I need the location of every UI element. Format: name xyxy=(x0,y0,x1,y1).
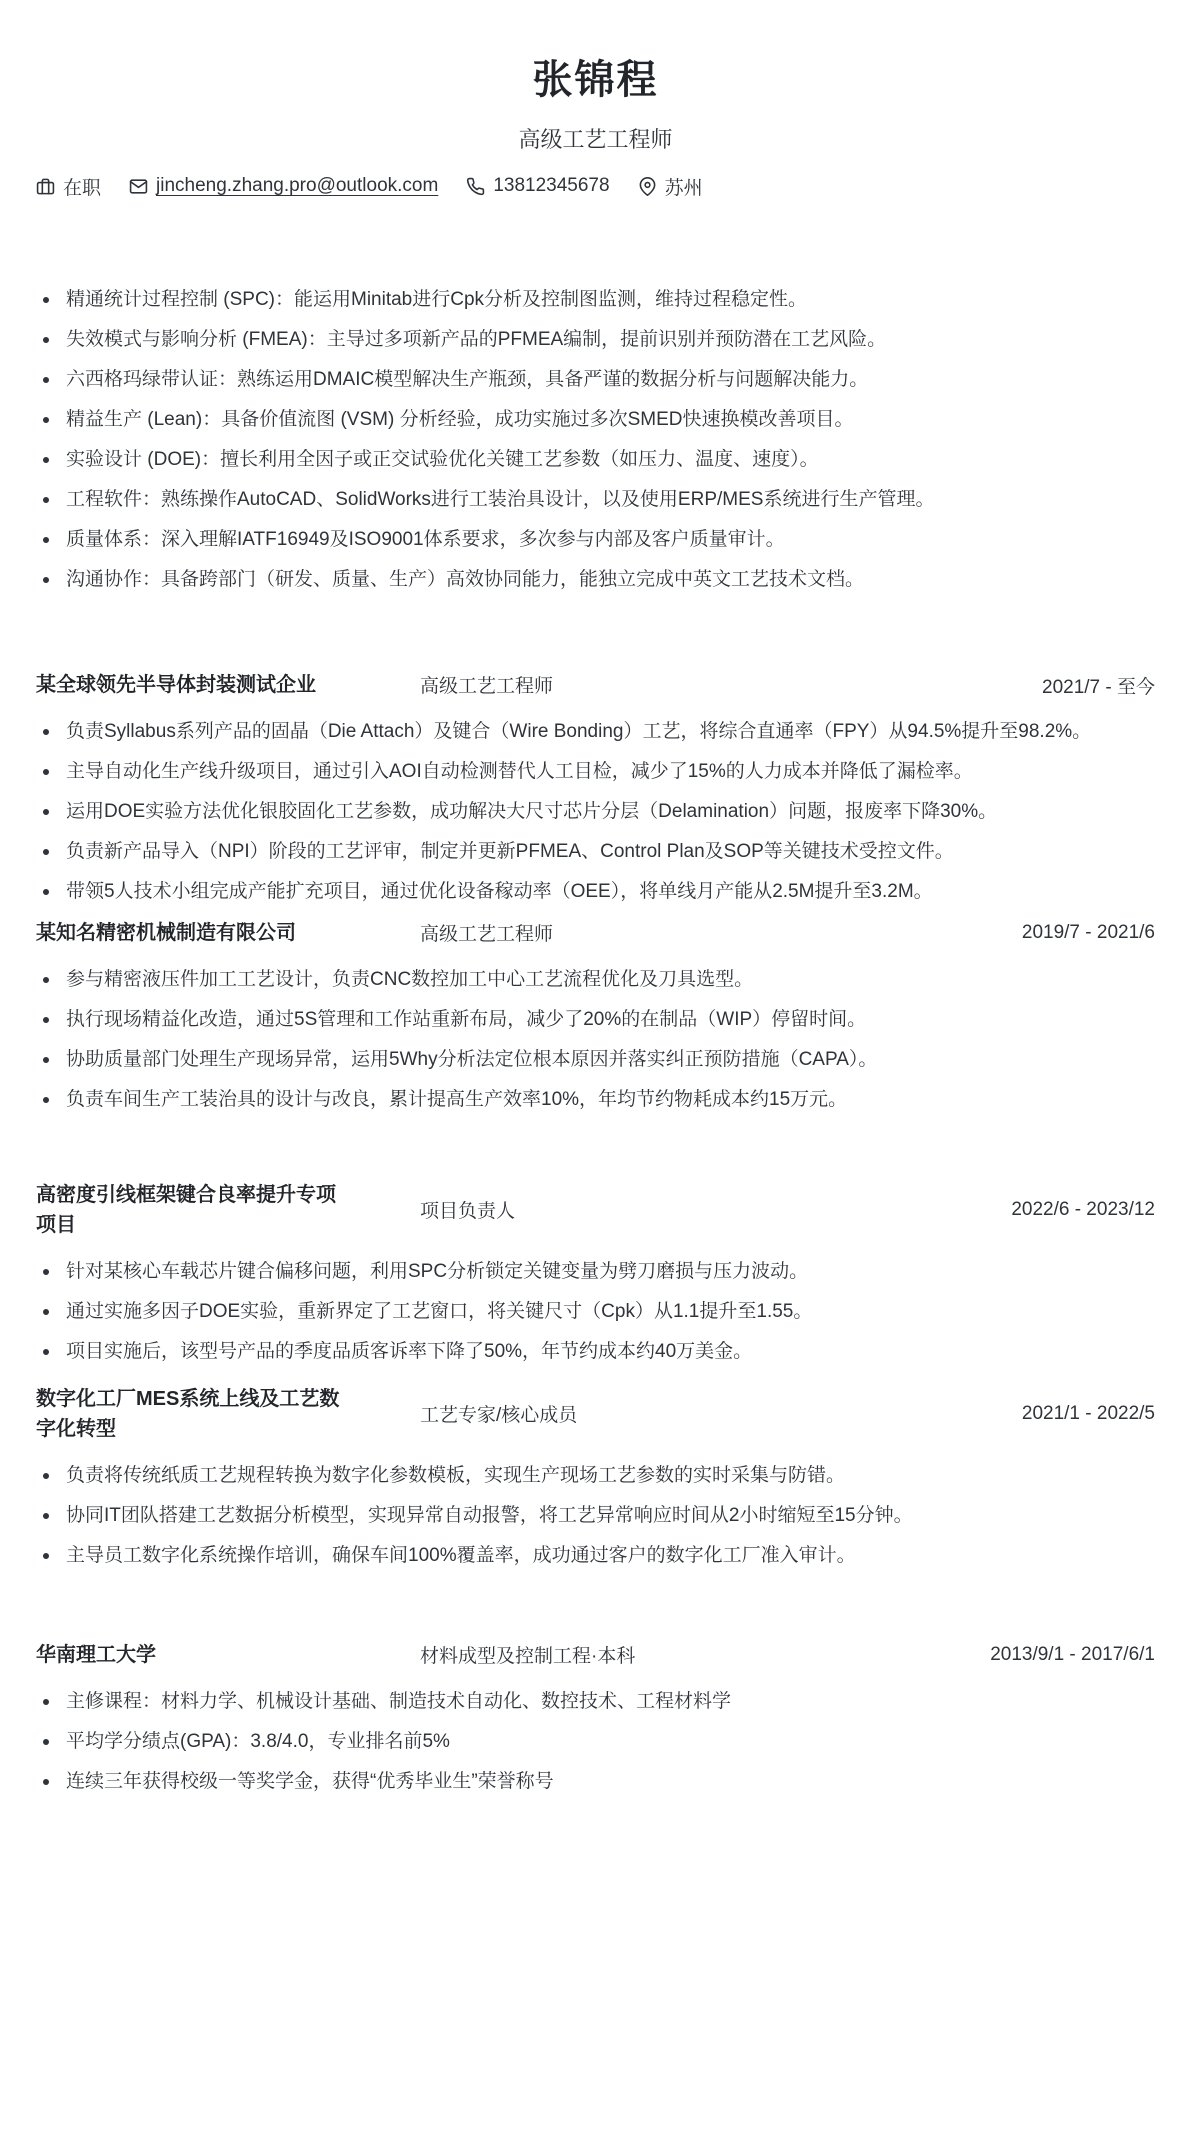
experience-bullet: 负责Syllabus系列产品的固晶（Die Attach）及键合（Wire Bo… xyxy=(36,714,1155,750)
company-name: 某全球领先半导体封装测试企业 xyxy=(36,670,420,700)
project-bullet: 针对某核心车载芯片键合偏移问题，利用SPC分析锁定关键变量为劈刀磨损与压力波动。 xyxy=(36,1254,1155,1290)
date-range: 2013/9/1 - 2017/6/1 xyxy=(990,1644,1155,1666)
skill-item: 工程软件：熟练操作AutoCAD、SolidWorks进行工装治具设计，以及使用… xyxy=(36,482,1155,518)
education-bullet: 连续三年获得校级一等奖学金，获得“优秀毕业生”荣誉称号 xyxy=(36,1764,1155,1800)
project-bullet: 主导员工数字化系统操作培训，确保车间100%覆盖率，成功通过客户的数字化工厂准入… xyxy=(36,1538,1155,1574)
experience-bullets: 参与精密液压件加工工艺设计，负责CNC数控加工中心工艺流程优化及刀具选型。 执行… xyxy=(36,962,1155,1118)
phone-number: 13812345678 xyxy=(466,175,609,197)
project-bullets: 负责将传统纸质工艺规程转换为数字化参数模板，实现生产现场工艺参数的实时采集与防错… xyxy=(36,1458,1155,1574)
bullet-text: 负责车间生产工装治具的设计与改良，累计提高生产效率10%，年均节约物耗成本约15… xyxy=(66,1089,847,1110)
project-role: 工艺专家/核心成员 xyxy=(420,1400,1022,1428)
project-name: 高密度引线框架键合良率提升专项项目 xyxy=(36,1180,420,1240)
skills-list: 精通统计过程控制 (SPC)：能运用Minitab进行Cpk分析及控制图监测，维… xyxy=(36,282,1155,598)
candidate-title: 高级工艺工程师 xyxy=(36,124,1155,156)
education-header-row: 华南理工大学 材料成型及控制工程·本科 2013/9/1 - 2017/6/1 xyxy=(36,1640,1155,1670)
education-bullets: 主修课程：材料力学、机械设计基础、制造技术自动化、数控技术、工程材料学 平均学分… xyxy=(36,1684,1155,1800)
mail-icon xyxy=(129,177,148,196)
project-bullet: 负责将传统纸质工艺规程转换为数字化参数模板，实现生产现场工艺参数的实时采集与防错… xyxy=(36,1458,1155,1494)
experience-bullets: 负责Syllabus系列产品的固晶（Die Attach）及键合（Wire Bo… xyxy=(36,714,1155,910)
date-range: 2021/1 - 2022/5 xyxy=(1022,1403,1155,1425)
bullet-text: 项目实施后，该型号产品的季度品质客诉率下降了50%，年节约成本约40万美金。 xyxy=(66,1341,752,1362)
experience-entry: 某知名精密机械制造有限公司 高级工艺工程师 2019/7 - 2021/6 参与… xyxy=(36,918,1155,1118)
skill-text: 六西格玛绿带认证：熟练运用DMAIC模型解决生产瓶颈，具备严谨的数据分析与问题解… xyxy=(66,369,868,390)
project-bullet: 协同IT团队搭建工艺数据分析模型，实现异常自动报警，将工艺异常响应时间从2小时缩… xyxy=(36,1498,1155,1534)
candidate-name: 张锦程 xyxy=(36,52,1155,108)
phone-text: 13812345678 xyxy=(493,175,609,197)
job-role: 高级工艺工程师 xyxy=(420,919,1022,947)
experience-bullet: 主导自动化生产线升级项目，通过引入AOI自动检测替代人工目检，减少了15%的人力… xyxy=(36,754,1155,790)
education-entry: 华南理工大学 材料成型及控制工程·本科 2013/9/1 - 2017/6/1 … xyxy=(36,1640,1155,1800)
bullet-text: 运用DOE实验方法优化银胶固化工艺参数，成功解决大尺寸芯片分层（Delamina… xyxy=(66,801,997,822)
bullet-text: 主导员工数字化系统操作培训，确保车间100%覆盖率，成功通过客户的数字化工厂准入… xyxy=(66,1545,856,1566)
skills-section: 精通统计过程控制 (SPC)：能运用Minitab进行Cpk分析及控制图监测，维… xyxy=(36,282,1155,598)
skill-item: 精通统计过程控制 (SPC)：能运用Minitab进行Cpk分析及控制图监测，维… xyxy=(36,282,1155,318)
experience-bullet: 执行现场精益化改造，通过5S管理和工作站重新布局，减少了20%的在制品（WIP）… xyxy=(36,1002,1155,1038)
employment-status-label: 在职 xyxy=(63,173,101,200)
education-section: 华南理工大学 材料成型及控制工程·本科 2013/9/1 - 2017/6/1 … xyxy=(36,1640,1155,1800)
education-bullet: 平均学分绩点(GPA)：3.8/4.0，专业排名前5% xyxy=(36,1724,1155,1760)
experience-bullet: 参与精密液压件加工工艺设计，负责CNC数控加工中心工艺流程优化及刀具选型。 xyxy=(36,962,1155,998)
bullet-text: 负责Syllabus系列产品的固晶（Die Attach）及键合（Wire Bo… xyxy=(66,721,1091,742)
briefcase-icon xyxy=(36,177,55,196)
bullet-text: 通过实施多因子DOE实验，重新界定了工艺窗口，将关键尺寸（Cpk）从1.1提升至… xyxy=(66,1301,812,1322)
bullet-text: 执行现场精益化改造，通过5S管理和工作站重新布局，减少了20%的在制品（WIP）… xyxy=(66,1009,866,1030)
date-range: 2021/7 - 至今 xyxy=(1042,672,1155,699)
location: 苏州 xyxy=(638,173,703,200)
bullet-text: 负责新产品导入（NPI）阶段的工艺评审，制定并更新PFMEA、Control P… xyxy=(66,841,954,862)
skill-text: 工程软件：熟练操作AutoCAD、SolidWorks进行工装治具设计，以及使用… xyxy=(66,489,934,510)
experience-entry: 某全球领先半导体封装测试企业 高级工艺工程师 2021/7 - 至今 负责Syl… xyxy=(36,670,1155,910)
skill-text: 失效模式与影响分析 (FMEA)：主导过多项新产品的PFMEA编制，提前识别并预… xyxy=(66,329,886,350)
experience-header-row: 某全球领先半导体封装测试企业 高级工艺工程师 2021/7 - 至今 xyxy=(36,670,1155,700)
project-role: 项目负责人 xyxy=(420,1196,1011,1224)
project-bullets: 针对某核心车载芯片键合偏移问题，利用SPC分析锁定关键变量为劈刀磨损与压力波动。… xyxy=(36,1254,1155,1370)
date-range: 2022/6 - 2023/12 xyxy=(1011,1199,1155,1221)
bullet-text: 负责将传统纸质工艺规程转换为数字化参数模板，实现生产现场工艺参数的实时采集与防错… xyxy=(66,1465,845,1486)
project-entry: 高密度引线框架键合良率提升专项项目 项目负责人 2022/6 - 2023/12… xyxy=(36,1180,1155,1370)
bullet-text: 针对某核心车载芯片键合偏移问题，利用SPC分析锁定关键变量为劈刀磨损与压力波动。 xyxy=(66,1261,808,1282)
project-name: 数字化工厂MES系统上线及工艺数字化转型 xyxy=(36,1384,420,1444)
school-name: 华南理工大学 xyxy=(36,1640,420,1670)
experience-section: 某全球领先半导体封装测试企业 高级工艺工程师 2021/7 - 至今 负责Syl… xyxy=(36,670,1155,1118)
skill-text: 质量体系：深入理解IATF16949及ISO9001体系要求，多次参与内部及客户… xyxy=(66,529,785,550)
skill-text: 精益生产 (Lean)：具备价值流图 (VSM) 分析经验，成功实施过多次SME… xyxy=(66,409,853,430)
project-entry: 数字化工厂MES系统上线及工艺数字化转型 工艺专家/核心成员 2021/1 - … xyxy=(36,1384,1155,1574)
experience-bullet: 负责车间生产工装治具的设计与改良，累计提高生产效率10%，年均节约物耗成本约15… xyxy=(36,1082,1155,1118)
skill-item: 实验设计 (DOE)：擅长利用全因子或正交试验优化关键工艺参数（如压力、温度、速… xyxy=(36,442,1155,478)
skill-item: 六西格玛绿带认证：熟练运用DMAIC模型解决生产瓶颈，具备严谨的数据分析与问题解… xyxy=(36,362,1155,398)
experience-bullet: 运用DOE实验方法优化银胶固化工艺参数，成功解决大尺寸芯片分层（Delamina… xyxy=(36,794,1155,830)
major-degree: 材料成型及控制工程·本科 xyxy=(420,1641,990,1669)
project-header-row: 高密度引线框架键合良率提升专项项目 项目负责人 2022/6 - 2023/12 xyxy=(36,1180,1155,1240)
skill-item: 沟通协作：具备跨部门（研发、质量、生产）高效协同能力，能独立完成中英文工艺技术文… xyxy=(36,562,1155,598)
email-link[interactable]: jincheng.zhang.pro@outlook.com xyxy=(129,175,438,197)
bullet-text: 协同IT团队搭建工艺数据分析模型，实现异常自动报警，将工艺异常响应时间从2小时缩… xyxy=(66,1505,913,1526)
bullet-text: 连续三年获得校级一等奖学金，获得“优秀毕业生”荣誉称号 xyxy=(66,1771,554,1792)
company-name: 某知名精密机械制造有限公司 xyxy=(36,918,420,948)
project-header-row: 数字化工厂MES系统上线及工艺数字化转型 工艺专家/核心成员 2021/1 - … xyxy=(36,1384,1155,1444)
skill-text: 沟通协作：具备跨部门（研发、质量、生产）高效协同能力，能独立完成中英文工艺技术文… xyxy=(66,569,864,590)
skill-text: 实验设计 (DOE)：擅长利用全因子或正交试验优化关键工艺参数（如压力、温度、速… xyxy=(66,449,819,470)
projects-section: 高密度引线框架键合良率提升专项项目 项目负责人 2022/6 - 2023/12… xyxy=(36,1180,1155,1574)
location-text: 苏州 xyxy=(665,173,703,200)
resume-page: 张锦程 高级工艺工程师 在职 jincheng.zhang.pro@outloo… xyxy=(0,52,1191,1836)
bullet-text: 主修课程：材料力学、机械设计基础、制造技术自动化、数控技术、工程材料学 xyxy=(66,1691,731,1712)
bullet-text: 参与精密液压件加工工艺设计，负责CNC数控加工中心工艺流程优化及刀具选型。 xyxy=(66,969,753,990)
experience-bullet: 协助质量部门处理生产现场异常，运用5Why分析法定位根本原因并落实纠正预防措施（… xyxy=(36,1042,1155,1078)
employment-status: 在职 xyxy=(36,173,101,200)
experience-header-row: 某知名精密机械制造有限公司 高级工艺工程师 2019/7 - 2021/6 xyxy=(36,918,1155,948)
project-bullet: 通过实施多因子DOE实验，重新界定了工艺窗口，将关键尺寸（Cpk）从1.1提升至… xyxy=(36,1294,1155,1330)
skill-item: 失效模式与影响分析 (FMEA)：主导过多项新产品的PFMEA编制，提前识别并预… xyxy=(36,322,1155,358)
location-icon xyxy=(638,177,657,196)
contact-row: 在职 jincheng.zhang.pro@outlook.com 138123… xyxy=(36,172,1155,200)
job-role: 高级工艺工程师 xyxy=(420,671,1042,699)
skill-item: 质量体系：深入理解IATF16949及ISO9001体系要求，多次参与内部及客户… xyxy=(36,522,1155,558)
experience-bullet: 带领5人技术小组完成产能扩充项目，通过优化设备稼动率（OEE），将单线月产能从2… xyxy=(36,874,1155,910)
date-range: 2019/7 - 2021/6 xyxy=(1022,922,1155,944)
skill-item: 精益生产 (Lean)：具备价值流图 (VSM) 分析经验，成功实施过多次SME… xyxy=(36,402,1155,438)
email-text[interactable]: jincheng.zhang.pro@outlook.com xyxy=(156,175,438,197)
experience-bullet: 负责新产品导入（NPI）阶段的工艺评审，制定并更新PFMEA、Control P… xyxy=(36,834,1155,870)
phone-icon xyxy=(466,177,485,196)
bullet-text: 带领5人技术小组完成产能扩充项目，通过优化设备稼动率（OEE），将单线月产能从2… xyxy=(66,881,933,902)
project-bullet: 项目实施后，该型号产品的季度品质客诉率下降了50%，年节约成本约40万美金。 xyxy=(36,1334,1155,1370)
bullet-text: 协助质量部门处理生产现场异常，运用5Why分析法定位根本原因并落实纠正预防措施（… xyxy=(66,1049,877,1070)
bullet-text: 主导自动化生产线升级项目，通过引入AOI自动检测替代人工目检，减少了15%的人力… xyxy=(66,761,973,782)
education-bullet: 主修课程：材料力学、机械设计基础、制造技术自动化、数控技术、工程材料学 xyxy=(36,1684,1155,1720)
skill-text: 精通统计过程控制 (SPC)：能运用Minitab进行Cpk分析及控制图监测，维… xyxy=(66,289,807,310)
bullet-text: 平均学分绩点(GPA)：3.8/4.0，专业排名前5% xyxy=(66,1731,450,1752)
